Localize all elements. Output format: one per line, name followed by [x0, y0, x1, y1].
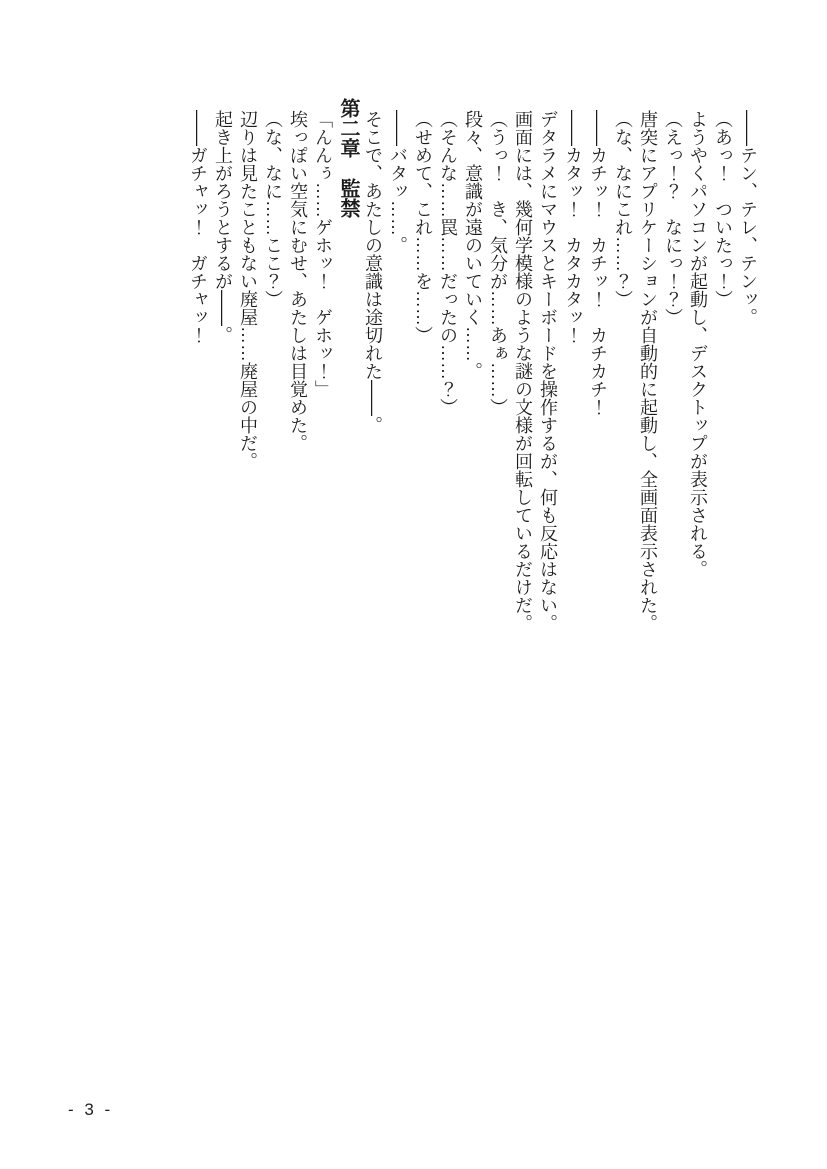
text-line: ――テン、テレ、テンッ。 — [735, 110, 760, 770]
text-line: ――カチッ！ カチッ！ カチカチ！ — [585, 110, 610, 770]
text-line: ――バタッ……。 — [385, 110, 410, 770]
text-line: （えっ！？ なにっ！？） — [660, 110, 685, 770]
page-number: - 3 - — [68, 1100, 113, 1120]
text-line: （うっ！ き、気分が……あぁ……） — [485, 110, 510, 770]
text-line: 辺りは見たこともない廃屋……廃屋の中だ。 — [235, 110, 260, 770]
chapter-heading: 第二章 監禁 — [335, 98, 360, 758]
text-line: （そんな……罠……だったの……？） — [435, 110, 460, 770]
text-block: ――テン、テレ、テンッ。 （あっ！ ついたっ！） ようやくパソコンが起動し、デス… — [185, 110, 760, 770]
text-line: （な、なにこれ……？） — [610, 110, 635, 770]
text-line: そこで、あたしの意識は途切れた――。 — [360, 110, 385, 770]
text-line: ようやくパソコンが起動し、デスクトップが表示される。 — [685, 110, 710, 770]
text-line: （あっ！ ついたっ！） — [710, 110, 735, 770]
text-line: ――ガチャッ！ ガチャッ！ — [185, 110, 210, 770]
text-line: 唐突にアプリケーションが自動的に起動し、全画面表示された。 — [635, 110, 660, 770]
text-line: 段々、意識が遠のいていく……。 — [460, 110, 485, 770]
text-line: 埃っぽい空気にむせ、あたしは目覚めた。 — [285, 110, 310, 770]
text-line: 「んんぅ……ゲホッ！ ゲホッ！」 — [310, 110, 335, 770]
text-line: ――カタッ！ カタカタッ！ — [560, 110, 585, 770]
document-page: ――テン、テレ、テンッ。 （あっ！ ついたっ！） ようやくパソコンが起動し、デス… — [0, 0, 827, 1169]
text-line: デタラメにマウスとキーボードを操作するが、何も反応はない。 — [535, 110, 560, 770]
text-line: 起き上がろうとするが――。 — [210, 110, 235, 770]
text-line: 画面には、幾何学模様のような謎の文様が回転しているだけだ。 — [510, 110, 535, 770]
text-line: （せめて、これ……を……） — [410, 110, 435, 770]
text-line: （な、なに……ここ？） — [260, 110, 285, 770]
